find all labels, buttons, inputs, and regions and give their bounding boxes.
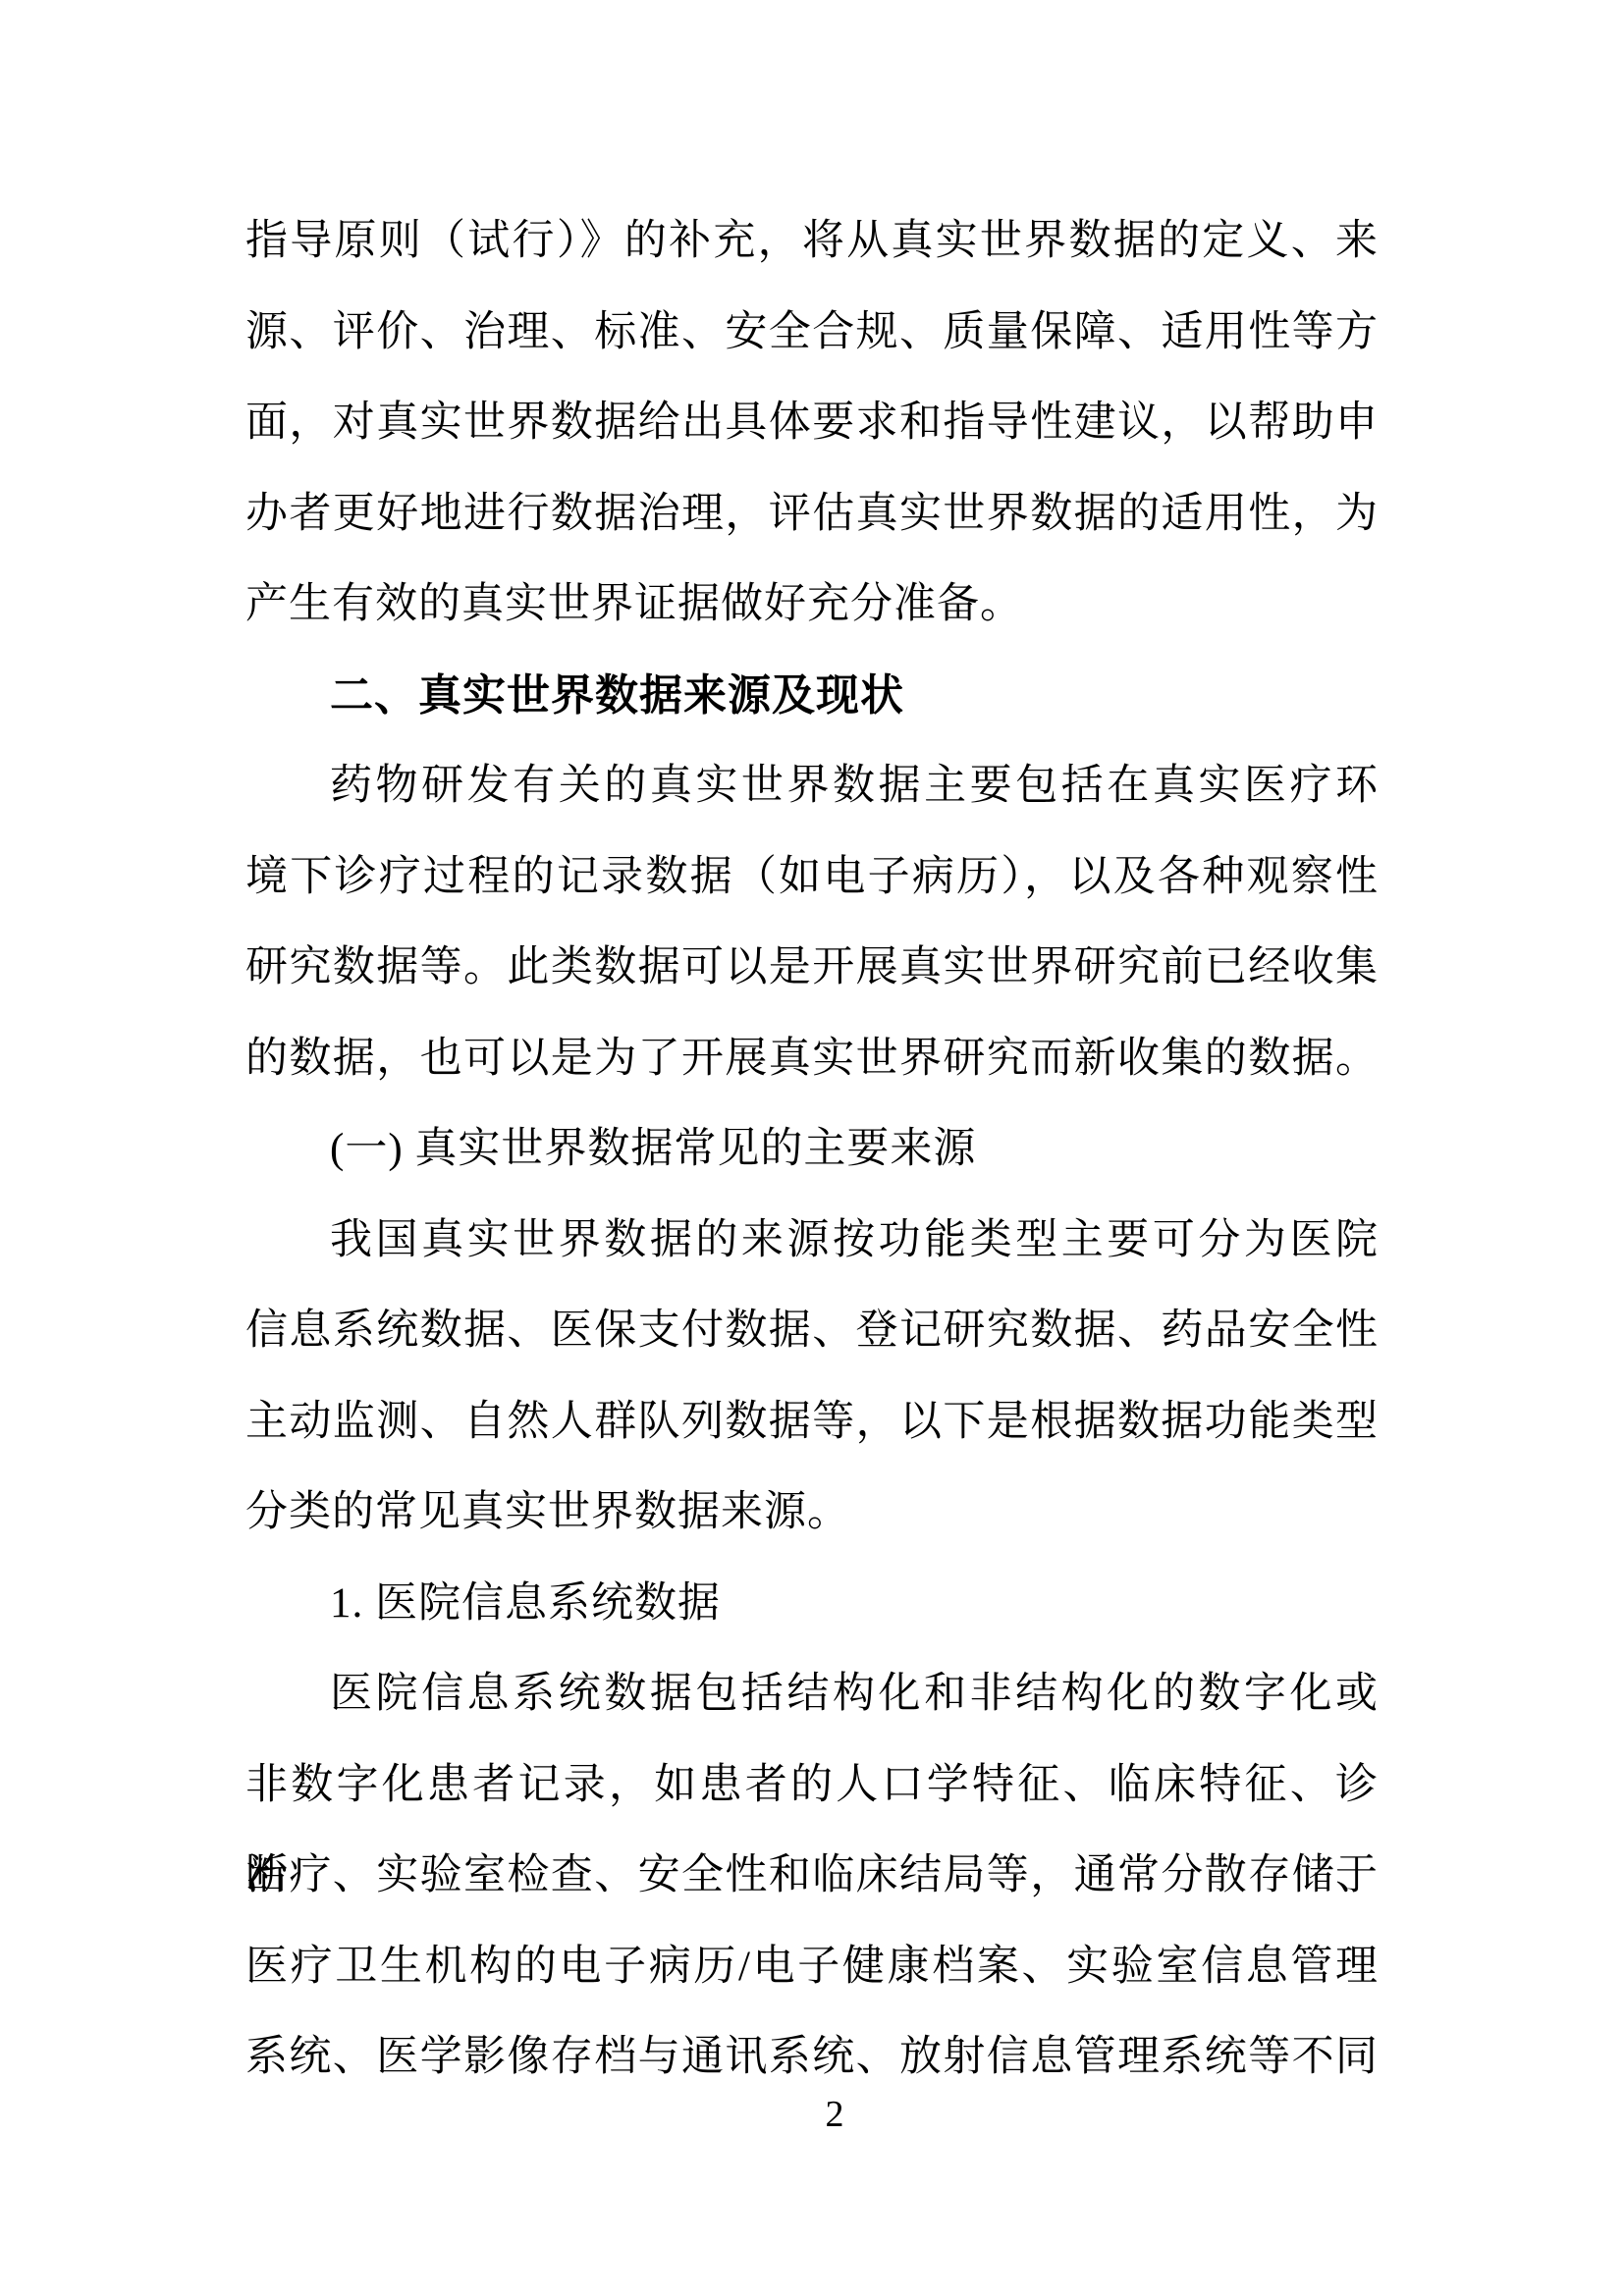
document-page: 指导原则（试行）》的补充，将从真实世界数据的定义、来 源、评价、治理、标准、安全…: [0, 0, 1624, 2296]
paragraph-line: 境下诊疗过程的记录数据（如电子病历），以及各种观察性: [245, 832, 1379, 924]
paragraph-line: 非数字化患者记录，如患者的人口学特征、临床特征、诊断、: [245, 1740, 1379, 1832]
paragraph-line: 药物研发有关的真实世界数据主要包括在真实医疗环: [245, 741, 1379, 832]
paragraph-line: 分类的常见真实世界数据来源。: [245, 1468, 1379, 1559]
section-heading: 二、真实世界数据来源及现状: [245, 651, 1379, 742]
paragraph-line: 面，对真实世界数据给出具体要求和指导性建议，以帮助申: [245, 378, 1379, 469]
paragraph-line: 源、评价、治理、标准、安全合规、质量保障、适用性等方: [245, 288, 1379, 379]
page-number: 2: [245, 2085, 1424, 2144]
paragraph-line: 主动监测、自然人群队列数据等，以下是根据数据功能类型: [245, 1377, 1379, 1468]
paragraph-line: 医疗卫生机构的电子病历/电子健康档案、实验室信息管理: [245, 1922, 1379, 2013]
paragraph-line: 医院信息系统数据包括结构化和非结构化的数字化或: [245, 1649, 1379, 1740]
paragraph-line: 研究数据等。此类数据可以是开展真实世界研究前已经收集: [245, 923, 1379, 1014]
text-block: 指导原则（试行）》的补充，将从真实世界数据的定义、来 源、评价、治理、标准、安全…: [245, 196, 1379, 2104]
paragraph-line: 我国真实世界数据的来源按功能类型主要可分为医院: [245, 1196, 1379, 1287]
paragraph-line: 治疗、实验室检查、安全性和临床结局等，通常分散存储于: [245, 1831, 1379, 1922]
paragraph-line: 信息系统数据、医保支付数据、登记研究数据、药品安全性: [245, 1286, 1379, 1377]
numbered-heading: 1. 医院信息系统数据: [245, 1559, 1379, 1650]
paragraph-line: 办者更好地进行数据治理，评估真实世界数据的适用性，为: [245, 469, 1379, 561]
paragraph-line: 指导原则（试行）》的补充，将从真实世界数据的定义、来: [245, 196, 1379, 288]
paragraph-line: 的数据，也可以是为了开展真实世界研究而新收集的数据。: [245, 1014, 1379, 1105]
subsection-heading: (一) 真实世界数据常见的主要来源: [245, 1104, 1379, 1196]
paragraph-line: 产生有效的真实世界证据做好充分准备。: [245, 560, 1379, 651]
